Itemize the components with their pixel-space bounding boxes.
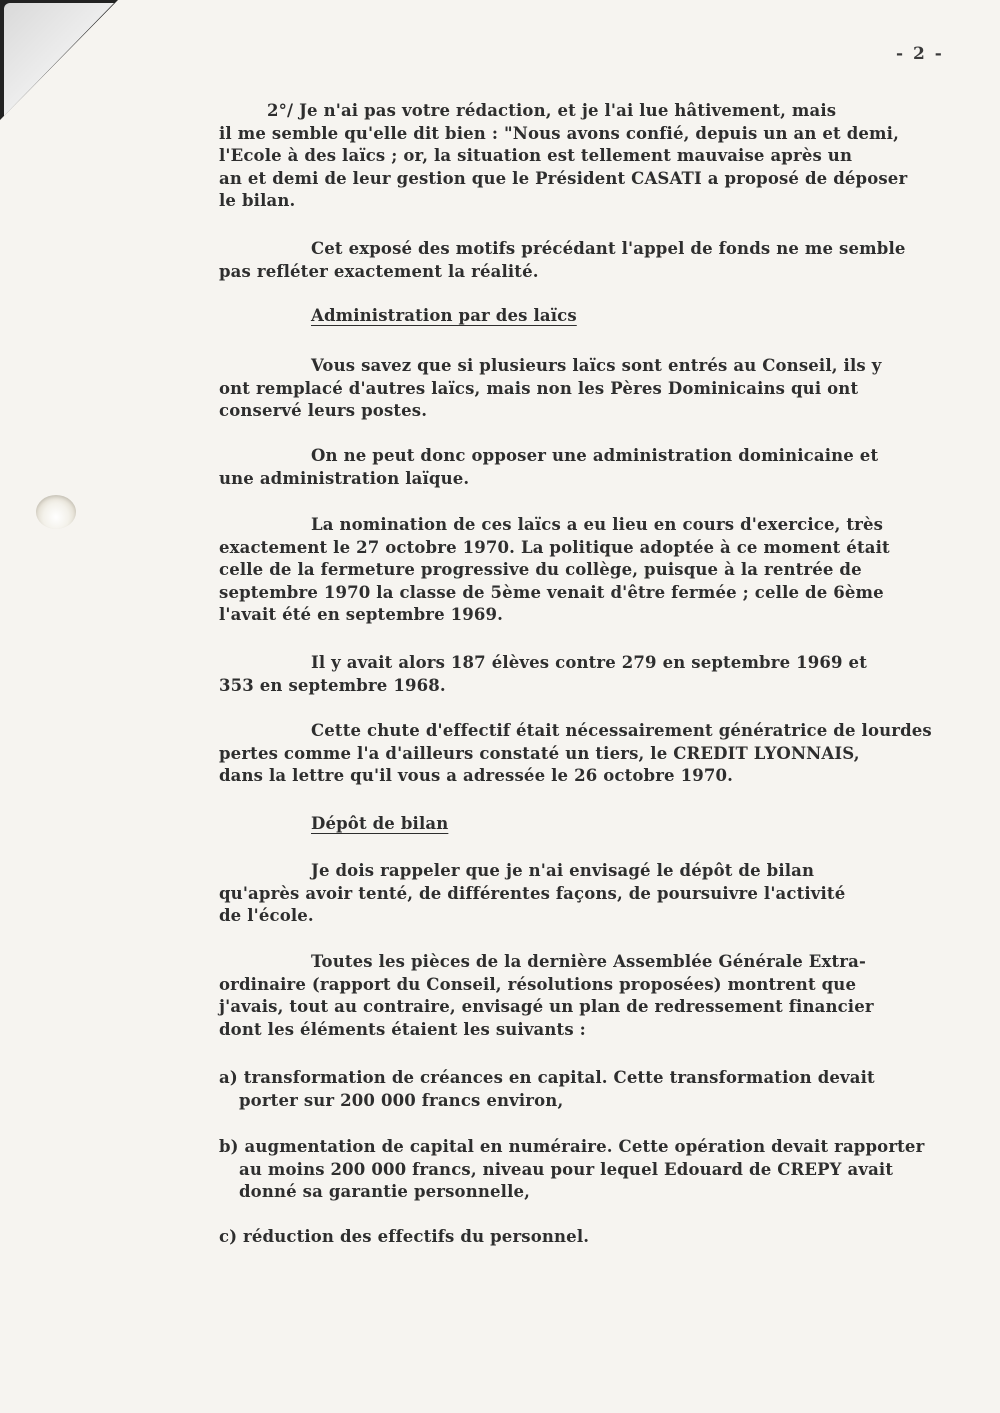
list-item-b: b) augmentation de capital en numéraire.… — [219, 1136, 979, 1204]
text-line: septembre 1970 la classe de 5ème venait … — [219, 582, 979, 605]
text-line: Vous savez que si plusieurs laïcs sont e… — [219, 355, 979, 378]
text-line: Cet exposé des motifs précédant l'appel … — [219, 238, 979, 261]
text-line: Cette chute d'effectif était nécessairem… — [219, 720, 979, 743]
heading-text: Dépôt de bilan — [219, 813, 979, 836]
text-line: an et demi de leur gestion que le Présid… — [219, 168, 979, 191]
text-line: l'Ecole à des laïcs ; or, la situation e… — [219, 145, 979, 168]
text-line: celle de la fermeture progressive du col… — [219, 559, 979, 582]
paragraph-3: Vous savez que si plusieurs laïcs sont e… — [219, 355, 979, 423]
page-number: - 2 - — [896, 44, 944, 64]
paragraph-9: Toutes les pièces de la dernière Assembl… — [219, 951, 979, 1041]
text-line: La nomination de ces laïcs a eu lieu en … — [219, 514, 979, 537]
section-heading-administration: Administration par des laïcs — [219, 305, 979, 328]
paragraph-6: Il y avait alors 187 élèves contre 279 e… — [219, 652, 979, 697]
text-line: l'avait été en septembre 1969. — [219, 604, 979, 627]
punch-hole — [36, 495, 76, 529]
text-line: le bilan. — [219, 190, 979, 213]
text-line: a) transformation de créances en capital… — [219, 1067, 979, 1090]
text-line: b) augmentation de capital en numéraire.… — [219, 1136, 979, 1159]
text-line: On ne peut donc opposer une administrati… — [219, 445, 979, 468]
text-line: qu'après avoir tenté, de différentes faç… — [219, 883, 979, 906]
paragraph-2: Cet exposé des motifs précédant l'appel … — [219, 238, 979, 283]
paragraph-5: La nomination de ces laïcs a eu lieu en … — [219, 514, 979, 627]
text-line: porter sur 200 000 francs environ, — [219, 1090, 979, 1113]
text-line: j'avais, tout au contraire, envisagé un … — [219, 996, 979, 1019]
text-line: pas refléter exactement la réalité. — [219, 261, 979, 284]
text-line: exactement le 27 octobre 1970. La politi… — [219, 537, 979, 560]
paragraph-7: Cette chute d'effectif était nécessairem… — [219, 720, 979, 788]
text-line: dont les éléments étaient les suivants : — [219, 1019, 979, 1042]
list-item-c: c) réduction des effectifs du personnel. — [219, 1226, 979, 1249]
paragraph-8: Je dois rappeler que je n'ai envisagé le… — [219, 860, 979, 928]
paragraph-1: 2°/ Je n'ai pas votre rédaction, et je l… — [219, 100, 979, 213]
text-line: conservé leurs postes. — [219, 400, 979, 423]
text-line: ont remplacé d'autres laïcs, mais non le… — [219, 378, 979, 401]
paragraph-4: On ne peut donc opposer une administrati… — [219, 445, 979, 490]
text-line: 353 en septembre 1968. — [219, 675, 979, 698]
text-line: ordinaire (rapport du Conseil, résolutio… — [219, 974, 979, 997]
text-line: Il y avait alors 187 élèves contre 279 e… — [219, 652, 979, 675]
text-line: donné sa garantie personnelle, — [219, 1181, 979, 1204]
text-line: de l'école. — [219, 905, 979, 928]
text-line: dans la lettre qu'il vous a adressée le … — [219, 765, 979, 788]
section-heading-depot: Dépôt de bilan — [219, 813, 979, 836]
text-line: au moins 200 000 francs, niveau pour leq… — [219, 1159, 979, 1182]
text-line: une administration laïque. — [219, 468, 979, 491]
text-line: pertes comme l'a d'ailleurs constaté un … — [219, 743, 979, 766]
text-line: 2°/ Je n'ai pas votre rédaction, et je l… — [219, 100, 979, 123]
document-page: - 2 - 2°/ Je n'ai pas votre rédaction, e… — [0, 0, 1000, 1413]
text-line: Je dois rappeler que je n'ai envisagé le… — [219, 860, 979, 883]
list-item-a: a) transformation de créances en capital… — [219, 1067, 979, 1112]
text-line: il me semble qu'elle dit bien : "Nous av… — [219, 123, 979, 146]
heading-text: Administration par des laïcs — [219, 305, 979, 328]
text-line: Toutes les pièces de la dernière Assembl… — [219, 951, 979, 974]
text-line: c) réduction des effectifs du personnel. — [219, 1226, 979, 1249]
